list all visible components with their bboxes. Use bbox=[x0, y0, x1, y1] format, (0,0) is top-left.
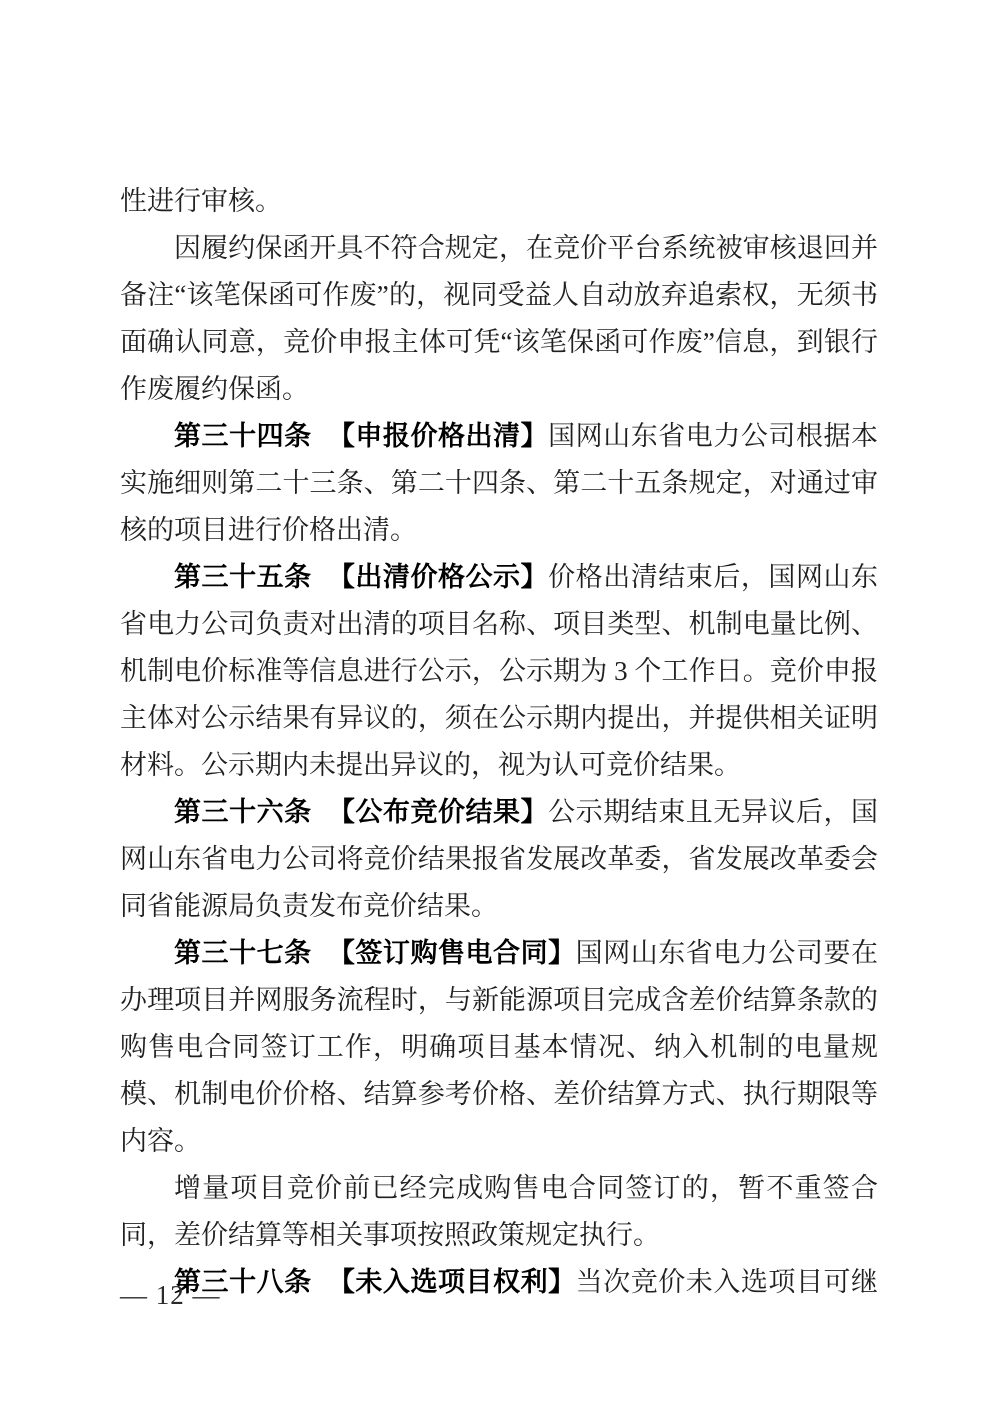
article-number: 第三十五条 bbox=[174, 562, 312, 592]
paragraph: 因履约保函开具不符合规定，在竞价平台系统被审核退回并备注“该笔保函可作废”的，视… bbox=[120, 225, 878, 413]
paragraph: 第三十六条【公布竞价结果】公示期结束且无异议后，国网山东省电力公司将竞价结果报省… bbox=[120, 789, 878, 930]
article-number: 第三十六条 bbox=[174, 797, 312, 827]
paragraph: 第三十五条【出清价格公示】价格出清结束后，国网山东省电力公司负责对出清的项目名称… bbox=[120, 554, 878, 789]
article-number: 第三十七条 bbox=[174, 938, 312, 968]
article-title: 【出清价格公示】 bbox=[328, 562, 548, 592]
article-title: 【申报价格出清】 bbox=[328, 421, 548, 451]
paragraph: 第三十七条【签订购售电合同】国网山东省电力公司要在办理项目并网服务流程时，与新能… bbox=[120, 930, 878, 1165]
paragraph: 第三十四条【申报价格出清】国网山东省电力公司根据本实施细则第二十三条、第二十四条… bbox=[120, 413, 878, 554]
paragraph-text: 价格出清结束后，国网山东省电力公司负责对出清的项目名称、项目类型、机制电量比例、… bbox=[120, 562, 878, 780]
document-body: 性进行审核。因履约保函开具不符合规定，在竞价平台系统被审核退回并备注“该笔保函可… bbox=[120, 178, 878, 1306]
article-number: 第三十四条 bbox=[174, 421, 312, 451]
article-title: 【公布竞价结果】 bbox=[328, 797, 548, 827]
paragraph-text: 增量项目竞价前已经完成购售电合同签订的，暂不重签合同，差价结算等相关事项按照政策… bbox=[120, 1173, 878, 1250]
paragraph: 增量项目竞价前已经完成购售电合同签订的，暂不重签合同，差价结算等相关事项按照政策… bbox=[120, 1165, 878, 1259]
article-title: 【签订购售电合同】 bbox=[328, 938, 576, 968]
article-title: 【未入选项目权利】 bbox=[328, 1267, 576, 1297]
paragraph-text: 国网山东省电力公司要在办理项目并网服务流程时，与新能源项目完成含差价结算条款的购… bbox=[120, 938, 878, 1156]
page-footer: — 12 — bbox=[120, 1280, 221, 1310]
paragraph-text: 当次竞价未入选项目可继 bbox=[576, 1267, 878, 1297]
page-number: — 12 — bbox=[120, 1280, 221, 1310]
paragraph-text: 性进行审核。 bbox=[120, 186, 282, 216]
paragraph: 性进行审核。 bbox=[120, 178, 878, 225]
paragraph: 第三十八条【未入选项目权利】当次竞价未入选项目可继 bbox=[120, 1259, 878, 1306]
paragraph-text: 因履约保函开具不符合规定，在竞价平台系统被审核退回并备注“该笔保函可作废”的，视… bbox=[120, 233, 878, 404]
document-page: 性进行审核。因履约保函开具不符合规定，在竞价平台系统被审核退回并备注“该笔保函可… bbox=[0, 0, 1000, 1415]
